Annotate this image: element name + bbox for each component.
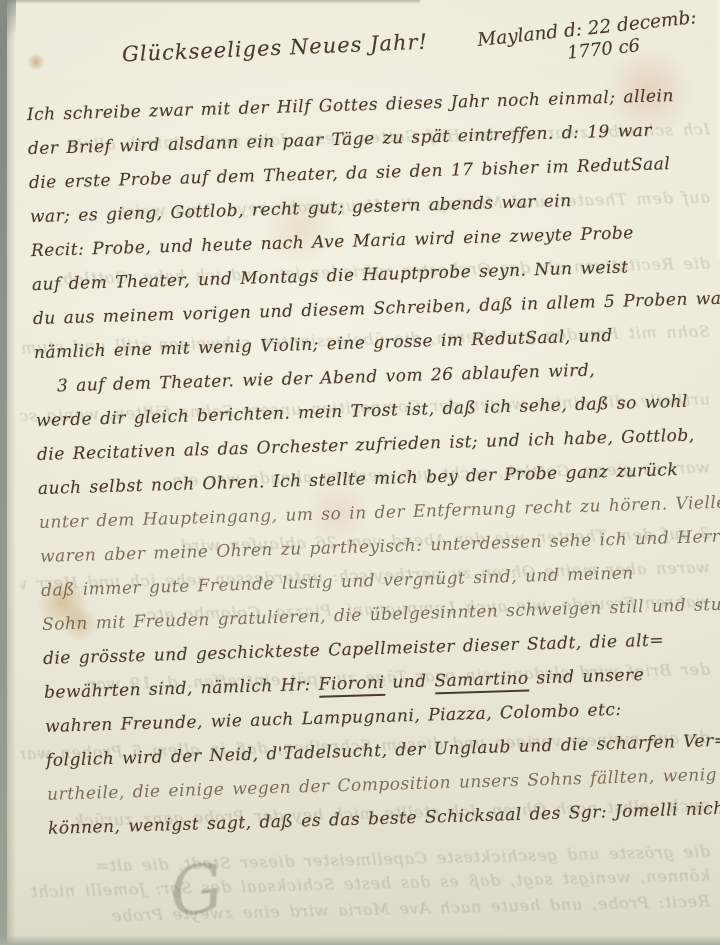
salutation: Glückseeliges Neues Jahr! (122, 30, 429, 67)
line-text: bewährten sind, nämlich Hr: (44, 675, 319, 703)
line-text: und (384, 671, 435, 692)
paper-edge-bottom (0, 935, 720, 945)
letter-photo: Ich schreibe zwar mit der Hilf Gottes di… (0, 0, 720, 945)
bleedthrough-flourish: G (165, 849, 228, 933)
bleedthrough-line: Recit: Probe, und heute nach Ave Maria w… (20, 892, 710, 928)
paper-edge-right (715, 0, 720, 260)
bleedthrough-line: die grösste und geschickteste Capellmeis… (20, 842, 710, 878)
line-text: sind unsere (528, 665, 644, 688)
underlined-name: Fioroni (318, 673, 384, 698)
dateline: Mayland d: 22 decemb: 1770 c6 (476, 6, 709, 73)
photo-corner-shade (0, 0, 16, 46)
paper-edge-shadow (7, 0, 16, 945)
bleedthrough-line: können, wenigst sagt, daß es das beste S… (20, 866, 710, 902)
underlined-name: Samartino (434, 669, 529, 695)
photo-backdrop-left (0, 0, 7, 945)
paper-edge-top (0, 0, 420, 4)
letter-body: Ich schreibe zwar mit der Hilf Gottes di… (26, 78, 720, 846)
